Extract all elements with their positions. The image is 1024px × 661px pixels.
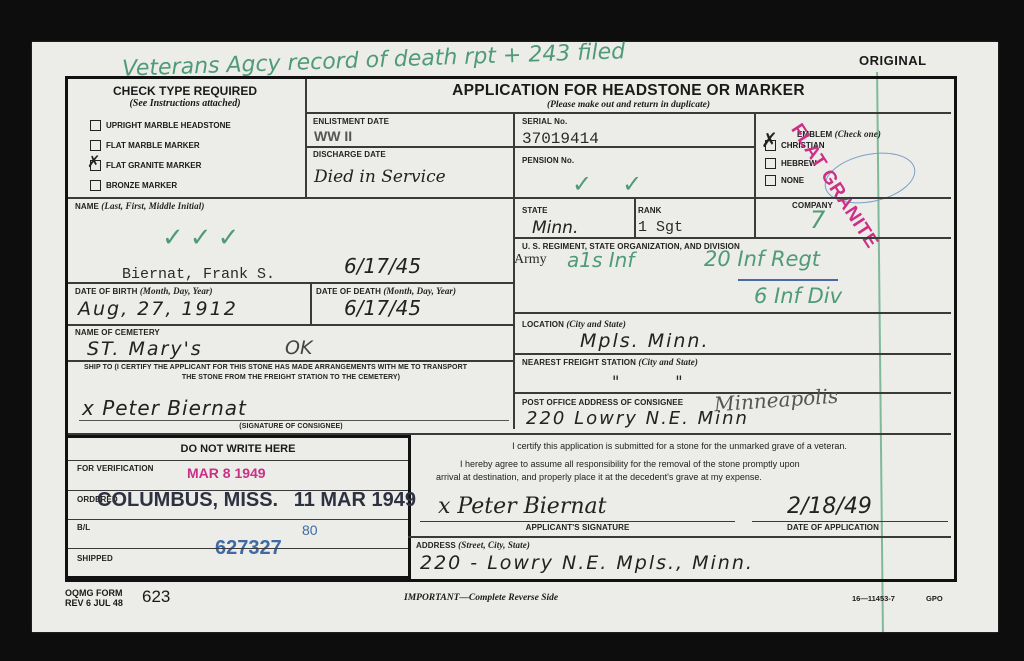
- divider: [634, 197, 636, 237]
- regiment-handwritten-3: 6 Inf Div: [754, 284, 842, 308]
- date-of-death-value[interactable]: 6/17/45: [344, 296, 421, 320]
- divider: [754, 197, 756, 237]
- flat-marble-marker-checkbox[interactable]: [90, 140, 101, 151]
- emblem-label-note: (Check one): [835, 129, 881, 139]
- dob-label-note: (Month, Day, Year): [140, 286, 213, 296]
- name-label-note: (Last, First, Middle Initial): [101, 201, 204, 211]
- certification-line1: I certify this application is submitted …: [408, 441, 951, 451]
- divider: [306, 146, 514, 148]
- name-margin-note: 6/17/45: [344, 254, 421, 278]
- flat-marble-marker-label: FLAT MARBLE MARKER: [106, 141, 200, 150]
- divider: [68, 324, 514, 326]
- form-number: 623: [142, 587, 170, 607]
- cemetery-label: NAME OF CEMETERY: [75, 328, 160, 337]
- pension-no-label: PENSION No.: [522, 156, 574, 165]
- ship-to-signature[interactable]: x Peter Biernat: [82, 396, 247, 420]
- shipped-label: SHIPPED: [77, 554, 113, 563]
- location-label-text: LOCATION: [522, 320, 564, 329]
- consignee-address-label: POST OFFICE ADDRESS OF CONSIGNEE: [522, 398, 683, 407]
- center-column-divider: [513, 112, 515, 429]
- divider: [68, 197, 951, 199]
- check-type-title: CHECK TYPE REQUIRED: [65, 84, 305, 98]
- freight-station-value[interactable]: " ": [612, 372, 683, 391]
- blue-underline: [738, 279, 838, 281]
- signature-line: [420, 521, 735, 522]
- location-value[interactable]: Mpls. Minn.: [580, 330, 710, 352]
- dod-label-text: DATE OF DEATH: [316, 287, 381, 296]
- name-value[interactable]: Biernat, Frank S.: [122, 266, 275, 283]
- signature-of-consignee-caption: (SIGNATURE OF CONSIGNEE): [68, 423, 514, 430]
- verification-stamp: MAR 8 1949: [187, 465, 266, 481]
- checkmark-x-icon: ✗: [761, 135, 778, 147]
- date-of-application-value[interactable]: 2/18/49: [787, 494, 872, 519]
- form-title: APPLICATION FOR HEADSTONE OR MARKER: [306, 82, 951, 100]
- bronze-marker-label: BRONZE MARKER: [106, 181, 177, 190]
- office-use-title: DO NOT WRITE HERE: [68, 443, 408, 455]
- address-value[interactable]: 220 - Lowry N.E. Mpls., Minn.: [420, 552, 754, 574]
- address-label: ADDRESS (Street, City, State): [416, 540, 530, 550]
- ordered-stamp: COLUMBUS, MISS. 11 MAR 1949: [97, 489, 416, 512]
- dob-label-text: DATE OF BIRTH: [75, 287, 137, 296]
- green-check-marks: ✓✓: [572, 170, 672, 199]
- applicant-signature-label: APPLICANT'S SIGNATURE: [420, 523, 735, 532]
- dod-label-note: (Month, Day, Year): [383, 286, 456, 296]
- date-of-death-label: DATE OF DEATH (Month, Day, Year): [316, 286, 456, 296]
- location-label: LOCATION (City and State): [522, 319, 626, 329]
- rank-label: RANK: [638, 206, 662, 215]
- signature-line: [79, 420, 509, 421]
- rank-value[interactable]: 1 Sgt: [638, 219, 683, 236]
- ship-to-label-line1: SHIP TO (I CERTIFY THE APPLICANT FOR THI…: [84, 364, 467, 371]
- divider: [68, 282, 514, 284]
- form-line2: REV 6 JUL 48: [65, 598, 123, 608]
- form-id: OQMG FORM REV 6 JUL 48: [65, 588, 123, 608]
- freight-label-text: NEAREST FREIGHT STATION: [522, 358, 636, 367]
- divider: [68, 519, 408, 520]
- printer-code: GPO: [926, 594, 943, 603]
- bronze-marker-checkbox[interactable]: [90, 180, 101, 191]
- state-value[interactable]: Minn.: [532, 218, 578, 238]
- address-label-text: ADDRESS: [416, 541, 456, 550]
- applicant-signature[interactable]: x Peter Biernat: [438, 494, 606, 519]
- important-note: IMPORTANT—Complete Reverse Side: [404, 593, 558, 603]
- divider: [514, 146, 754, 148]
- print-code: 16—11453-7: [852, 594, 895, 603]
- enlistment-date-label: ENLISTMENT DATE: [313, 117, 389, 126]
- name-label: NAME (Last, First, Middle Initial): [75, 201, 204, 211]
- upright-marble-headstone-checkbox[interactable]: [90, 120, 101, 131]
- address-label-note: (Street, City, State): [458, 540, 530, 550]
- discharge-date-label: DISCHARGE DATE: [313, 150, 386, 159]
- divider: [514, 237, 951, 239]
- regiment-typed[interactable]: Army: [514, 252, 547, 268]
- hebrew-emblem-checkbox[interactable]: [765, 158, 776, 169]
- ordered-stamp-place: COLUMBUS, MISS.: [97, 489, 278, 511]
- none-emblem-label: NONE: [781, 176, 804, 185]
- certification-line3: arrival at destination, and properly pla…: [436, 472, 762, 482]
- divider: [306, 112, 951, 114]
- divider: [68, 360, 514, 362]
- freight-station-label: NEAREST FREIGHT STATION (City and State): [522, 357, 698, 367]
- ordered-stamp-date: 11 MAR 1949: [294, 489, 416, 511]
- regiment-handwritten-2: 20 Inf Regt: [704, 247, 820, 271]
- divider: [754, 112, 756, 197]
- divider: [310, 282, 312, 324]
- none-emblem-checkbox[interactable]: [765, 175, 776, 186]
- date-of-application-label: DATE OF APPLICATION: [787, 523, 879, 532]
- headstone-application-form: Veterans Agcy record of death rpt + 243 …: [32, 42, 998, 632]
- checkmark-x-icon: ✗: [87, 157, 100, 169]
- location-label-note: (City and State): [566, 319, 626, 329]
- form-line1: OQMG FORM: [65, 588, 123, 598]
- divider: [68, 548, 408, 549]
- ship-to-label-line2: THE STONE FROM THE FREIGHT STATION TO TH…: [68, 374, 514, 381]
- divider: [514, 353, 951, 355]
- freight-label-note: (City and State): [638, 357, 698, 367]
- regiment-handwritten-1: a1s Inf: [567, 248, 634, 272]
- state-label: STATE: [522, 206, 548, 215]
- signature-line: [752, 521, 948, 522]
- serial-no-label: SERIAL No.: [522, 117, 567, 126]
- copy-label: ORIGINAL: [859, 53, 927, 68]
- bl-label: B/L: [77, 523, 90, 532]
- bl-correction: 80: [302, 522, 318, 538]
- for-verification-label: FOR VERIFICATION: [77, 464, 154, 473]
- company-value[interactable]: 7: [810, 206, 825, 234]
- divider: [68, 460, 408, 461]
- form-subtitle: (Please make out and return in duplicate…: [306, 100, 951, 110]
- date-of-birth-label: DATE OF BIRTH (Month, Day, Year): [75, 286, 213, 296]
- cemetery-value[interactable]: ST. Mary's: [87, 338, 203, 360]
- green-check-marks: ✓✓✓: [162, 222, 245, 253]
- upright-marble-headstone-label: UPRIGHT MARBLE HEADSTONE: [106, 121, 231, 130]
- divider: [514, 312, 951, 314]
- name-label-text: NAME: [75, 202, 99, 211]
- divider: [408, 536, 951, 538]
- discharge-date-value[interactable]: Died in Service: [314, 167, 446, 187]
- cemetery-ok-note: OK: [285, 337, 312, 359]
- certification-line2: I hereby agree to assume all responsibil…: [460, 459, 800, 469]
- check-type-subtitle: (See Instructions attached): [65, 98, 305, 109]
- enlistment-date-value[interactable]: WW II: [314, 128, 352, 144]
- flat-granite-marker-label: FLAT GRANITE MARKER: [106, 161, 201, 170]
- date-of-birth-value[interactable]: Aug, 27, 1912: [78, 298, 238, 320]
